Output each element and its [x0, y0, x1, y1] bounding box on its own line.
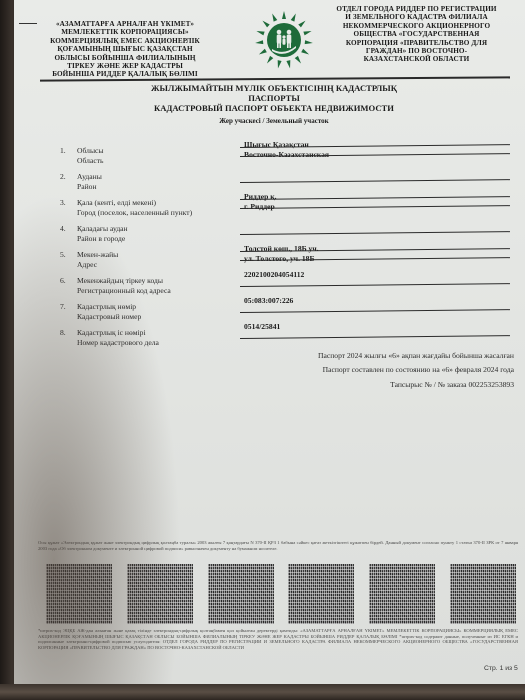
compiled-ru: Паспорт составлен по состоянию на «6» фе… [264, 363, 514, 377]
qr-code-icon [127, 564, 193, 624]
field-label: АуданыРайон [77, 172, 232, 191]
title-subtitle: Жер учаскесі / Земельный участок [104, 116, 444, 126]
title-ru-line: КАДАСТРОВЫЙ ПАСПОРТ ОБЪЕКТА НЕДВИЖИМОСТИ [104, 103, 444, 113]
header-org-ru-line: ОТДЕЛ ГОРОДА РИДДЕР ПО РЕГИСТРАЦИИ [324, 5, 509, 13]
compilation-note: Паспорт 2024 жылғы «6» ақпан жағдайы бой… [264, 349, 514, 392]
qr-code-row [46, 564, 516, 626]
decorative-dash [19, 23, 37, 24]
field-row-region: 1. ОблысыОбласть Шығыс ҚазақстанВосточно… [60, 146, 510, 172]
field-label: Қаладағы ауданРайон в городе [77, 224, 232, 243]
field-label: Мекенжайдың тіркеу кодыРегистрационный к… [77, 276, 232, 295]
field-label: Қала (кенті, елді мекені)Город (поселок,… [77, 198, 232, 217]
header-org-kz-line: КОММЕРЦИЯЛЫҚ ЕМЕС АКЦИОНЕРЛІК [40, 37, 210, 45]
field-underline [240, 283, 510, 287]
field-underline [240, 335, 510, 339]
field-number: 8. [60, 328, 74, 338]
field-label: Кадастрлық іс нөміріНомер кадастрового д… [77, 328, 232, 347]
field-number: 1. [60, 146, 74, 156]
qr-code-icon [46, 564, 112, 624]
order-number: 002253253893 [468, 380, 514, 389]
field-underline [240, 309, 510, 313]
header-org-kz-line: МЕМЛЕКЕТТІК КОРПОРАЦИЯСЫ» [40, 28, 210, 36]
field-value: Шығыс ҚазақстанВосточно-Казахстанская [244, 140, 508, 160]
field-value: 0514/25841 [244, 322, 508, 332]
header-org-kz-line: «АЗАМАТТАРҒА АРНАЛҒАН ҮКІМЕТ» [40, 20, 210, 28]
header-org-kz-line: ҚОҒАМЫНЫҢ ШЫҒЫС ҚАЗАҚСТАН [40, 45, 210, 53]
field-value: 05:083:007:226 [244, 296, 508, 306]
field-row-city: 3. Қала (кенті, елді мекені)Город (посел… [60, 198, 510, 224]
field-underline [240, 231, 510, 235]
header-org-ru-line: КОРПОРАЦИЯ «ПРАВИТЕЛЬСТВО ДЛЯ [324, 39, 509, 47]
qr-code-notice: *штрих-код ЭЦҚБ АЖ-дан алынған және қаза… [38, 628, 518, 650]
compiled-kz: Паспорт 2024 жылғы «6» ақпан жағдайы бой… [264, 349, 514, 363]
field-value: Толстой көш., 18Б уч.ул. Толстого, уч. 1… [244, 244, 508, 264]
field-value: 2202100204054112 [244, 270, 508, 280]
field-number: 3. [60, 198, 74, 208]
qr-code-icon [208, 564, 274, 624]
field-number: 7. [60, 302, 74, 312]
document-page: «АЗАМАТТАРҒА АРНАЛҒАН ҮКІМЕТ» МЕМЛЕКЕТТІ… [14, 0, 525, 686]
field-value: Риддер қ.г. Риддер [244, 192, 508, 212]
field-number: 2. [60, 172, 74, 182]
field-underline [240, 179, 510, 183]
qr-code-icon [369, 564, 435, 624]
title-kz-line2: ПАСПОРТЫ [104, 93, 444, 103]
qr-code-icon [288, 564, 354, 624]
header-org-kz: «АЗАМАТТАРҒА АРНАЛҒАН ҮКІМЕТ» МЕМЛЕКЕТТІ… [40, 20, 210, 79]
header-org-kz-line: ОБЛЫСЫ БОЙЫНША ФИЛИАЛЫНЫҢ [40, 54, 210, 62]
header-org-kz-line: БОЙЫНША РИДДЕР ҚАЛАЛЫҚ БӨЛІМІ [40, 70, 210, 78]
field-number: 4. [60, 224, 74, 234]
header-org-ru-line: КАЗАХСТАНСКОЙ ОБЛАСТИ [324, 55, 509, 63]
table-surface-bottom [0, 684, 525, 700]
order-number-line: Тапсырыс № / № заказа 002253253893 [264, 378, 514, 392]
field-label: Кадастрлық нөмірКадастровый номер [77, 302, 232, 321]
field-label: ОблысыОбласть [77, 146, 232, 165]
field-number: 5. [60, 250, 74, 260]
government-sun-logo-icon [246, 8, 322, 72]
header-org-ru: ОТДЕЛ ГОРОДА РИДДЕР ПО РЕГИСТРАЦИИ И ЗЕМ… [324, 5, 509, 64]
page-indicator: Стр. 1 из 5 [484, 665, 518, 672]
title-kz-line1: ЖЫЛЖЫМАЙТЫН МҮЛІК ОБЪЕКТІСІНІҢ КАДАСТРЛЫ… [104, 83, 444, 93]
order-label: Тапсырыс № / № заказа [390, 380, 466, 389]
field-list: 1. ОблысыОбласть Шығыс ҚазақстанВосточно… [60, 146, 510, 354]
document-title: ЖЫЛЖЫМАЙТЫН МҮЛІК ОБЪЕКТІСІНІҢ КАДАСТРЛЫ… [104, 83, 444, 126]
field-number: 6. [60, 276, 74, 286]
header-org-ru-line: ОБЩЕСТВА «ГОСУДАРСТВЕННАЯ [324, 30, 509, 38]
header-org-ru-line: И ЗЕМЕЛЬНОГО КАДАСТРА ФИЛИАЛА [324, 13, 509, 21]
qr-code-icon [450, 564, 516, 624]
field-label: Мекен-жайыАдрес [77, 250, 232, 269]
legal-notice: Осы құжат «Электрондық құжат және электр… [38, 540, 518, 551]
header-org-ru-line: НЕКОММЕРЧЕСКОГО АКЦИОНЕРНОГО [324, 22, 509, 30]
